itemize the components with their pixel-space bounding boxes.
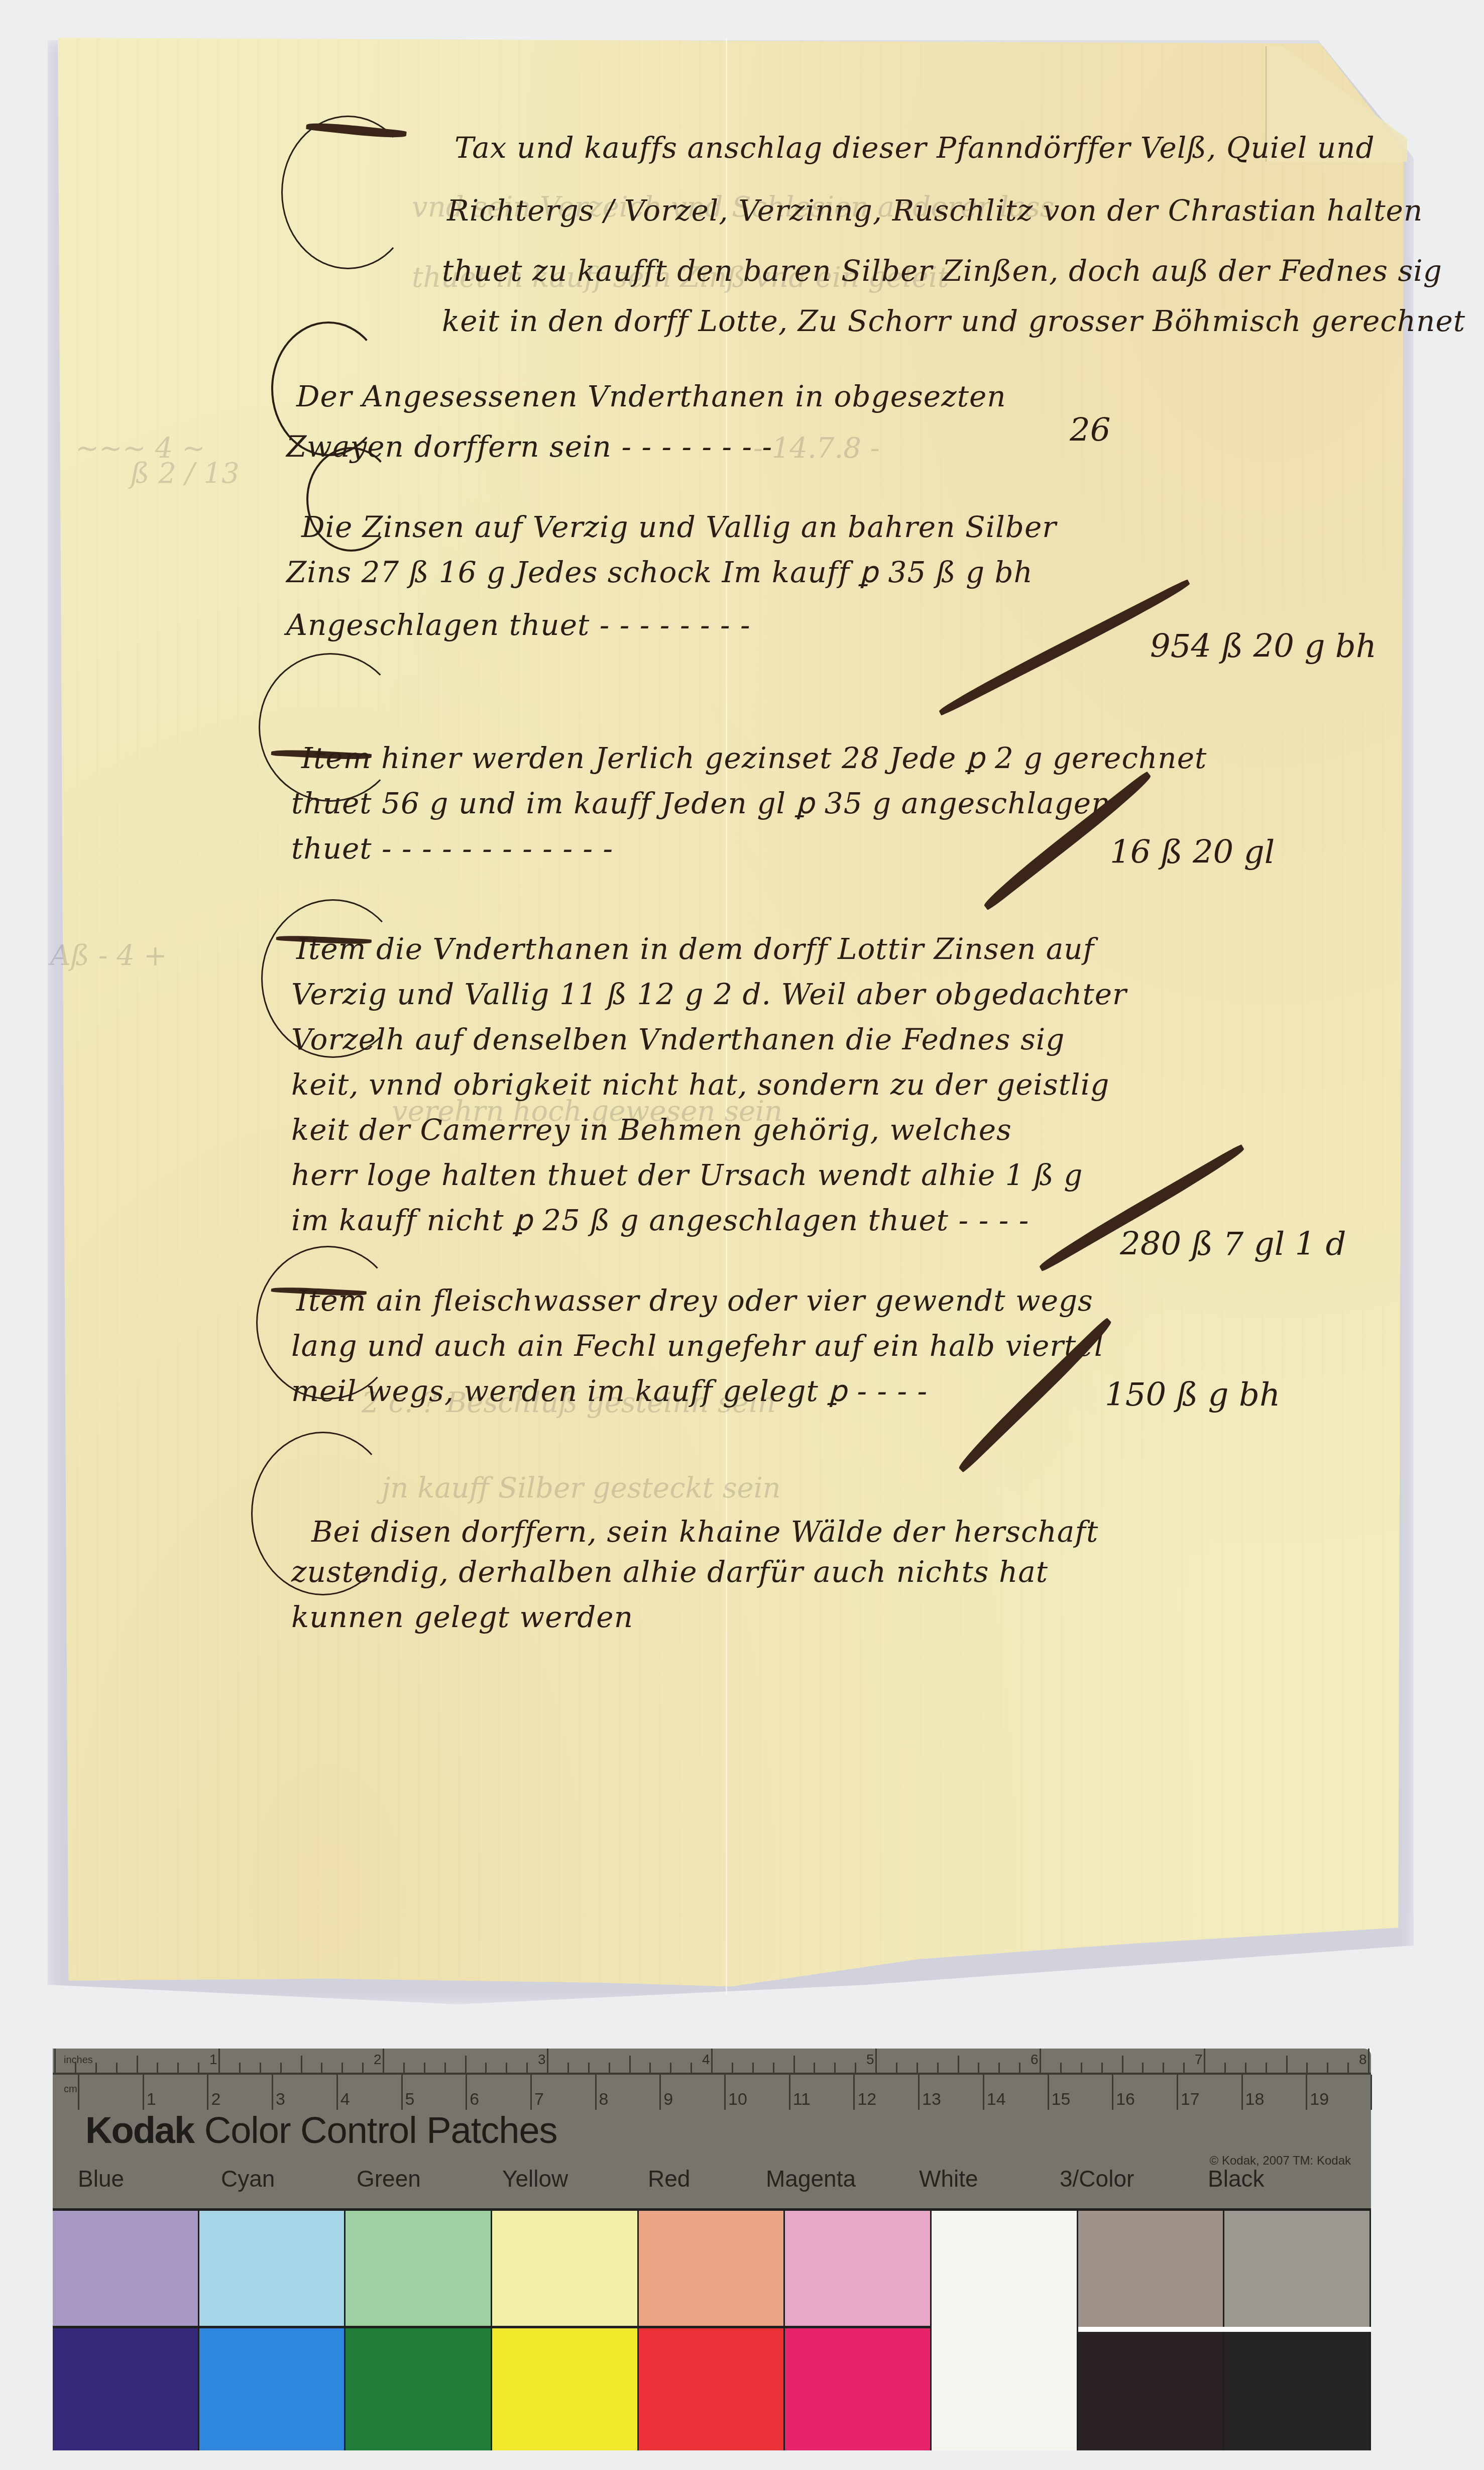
- ruler-tick: [629, 2056, 631, 2073]
- ruler-tick: [1048, 2075, 1049, 2110]
- ruler-cm-number: 11: [793, 2090, 811, 2109]
- header-divider: [53, 2208, 1371, 2211]
- patch-label-3color: 3/Color: [1060, 2165, 1134, 2192]
- ruler-tick: [424, 2063, 425, 2073]
- ruler-tick: [280, 2063, 282, 2073]
- patch-label-black: Black: [1208, 2165, 1264, 2192]
- kodak-logo: Kodak: [85, 2109, 194, 2151]
- patch-black-light: [1224, 2210, 1371, 2327]
- ruler-tick: [239, 2063, 241, 2073]
- initial-flourish-T: [281, 116, 415, 269]
- amount: 26: [1070, 412, 1110, 449]
- ruler-cm-number: 10: [728, 2090, 747, 2109]
- ruler-tick: [362, 2063, 364, 2073]
- ruler-tick: [1368, 2049, 1369, 2073]
- text-line: Item hiner werden Jerlich gezinset 28 Je…: [301, 743, 1207, 773]
- ruler-cm-number: 9: [663, 2090, 673, 2109]
- ruler-inch-number: 4: [702, 2052, 710, 2068]
- ruler-cm-number: 15: [1052, 2090, 1071, 2109]
- patch-white-light: [932, 2210, 1078, 2450]
- ruler-tick: [341, 2063, 343, 2073]
- text-line: Die Zinsen auf Verzig und Vallig an bahr…: [301, 512, 1057, 542]
- text-line: Verzig und Vallig 11 ß 12 g 2 d. Weil ab…: [291, 980, 1127, 1009]
- ruler-cm-number: 14: [987, 2090, 1006, 2109]
- ruler-tick: [95, 2063, 97, 2073]
- ruler-tick: [609, 2063, 610, 2073]
- text-line: Richtergs / Vorzel, Verzinng, Ruschlitz …: [447, 196, 1423, 225]
- text-line: Zins 27 ß 16 g Jedes schock Im kauff ꝑ 3…: [286, 558, 1033, 587]
- patch-label-magenta: Magenta: [766, 2165, 856, 2192]
- ruler-tick: [1327, 2063, 1328, 2073]
- ruler-tick: [918, 2075, 920, 2110]
- text-line: Bei disen dorffern, sein khaine Wälde de…: [311, 1517, 1098, 1546]
- ruler-tick: [1245, 2063, 1246, 2073]
- ruler-tick: [207, 2075, 208, 2110]
- ruler-tick: [1122, 2056, 1123, 2073]
- patch-magenta-light: [785, 2210, 932, 2327]
- ruler-inch-number: 1: [209, 2052, 217, 2068]
- ruler-tick: [444, 2063, 446, 2073]
- amount: 954 ß 20 g bh: [1150, 628, 1377, 665]
- ruler-tick: [137, 2056, 138, 2073]
- ruler-tick: [917, 2063, 918, 2073]
- ruler-cm-number: 19: [1310, 2090, 1329, 2109]
- margin-ghost-note: ß 2 / 13: [131, 457, 240, 490]
- ruler-tick: [875, 2049, 877, 2073]
- ruler-tick: [1142, 2063, 1144, 2073]
- patch-row-divider: [53, 2326, 932, 2328]
- patch-cyan-light: [199, 2210, 346, 2327]
- text-line: herr loge halten thuet der Ursach wendt …: [291, 1160, 1083, 1190]
- patch-label-yellow: Yellow: [502, 2165, 568, 2192]
- ruler-cm-number: 7: [534, 2090, 544, 2109]
- ruler-tick: [595, 2075, 597, 2110]
- ruler-tick: [75, 2063, 76, 2073]
- ruler-cm-number: 17: [1181, 2090, 1200, 2109]
- patch-green-light: [346, 2210, 492, 2327]
- text-line: kunnen gelegt werden: [291, 1602, 633, 1632]
- ruler-tick: [567, 2063, 569, 2073]
- text-line: meil wegs, werden im kauff gelegt ꝑ - - …: [291, 1376, 928, 1406]
- patch-label-red: Red: [648, 2165, 690, 2192]
- ruler-tick: [157, 2063, 158, 2073]
- text-line: Vorzelh auf denselben Vnderthanen die Fe…: [291, 1025, 1065, 1054]
- patch-green-dark: [346, 2327, 492, 2450]
- ruler-tick: [1081, 2063, 1082, 2073]
- bleedthrough-text: jn kauff Silber gesteckt sein: [382, 1472, 781, 1505]
- patch-blue-dark: [53, 2327, 199, 2450]
- text-line: zustendig, derhalben alhie darfür auch n…: [291, 1557, 1048, 1586]
- ruler-tick: [1286, 2056, 1288, 2073]
- ruler-tick: [1306, 2063, 1308, 2073]
- ruler-cm-number: 18: [1245, 2090, 1265, 2109]
- ruler-tick: [336, 2075, 338, 2110]
- ruler-tick: [401, 2075, 403, 2110]
- ruler-inch-number: 5: [866, 2052, 874, 2068]
- ruler-tick: [116, 2063, 118, 2073]
- ruler-tick: [218, 2049, 220, 2073]
- text-line: Der Angesessenen Vnderthanen in obgesezt…: [296, 382, 1006, 411]
- ruler-tick: [1306, 2075, 1307, 2110]
- patch-black-dark: [1224, 2332, 1371, 2450]
- ruler-tick: [670, 2063, 671, 2073]
- ruler-tick: [1101, 2063, 1103, 2073]
- patch-magenta-dark: [785, 2327, 932, 2450]
- ruler-tick: [855, 2063, 856, 2073]
- initial-flourish-I: [259, 653, 402, 802]
- ruler-tick: [547, 2049, 548, 2073]
- ruler-tick: [530, 2075, 532, 2110]
- chart-header: inches cm 123456781234567891011121314151…: [53, 2049, 1371, 2210]
- ruler-tick: [724, 2075, 726, 2110]
- ruler-tick: [143, 2075, 144, 2110]
- ruler-tick: [1266, 2063, 1267, 2073]
- ruler-cm-number: 12: [857, 2090, 876, 2109]
- ruler-tick: [1112, 2075, 1113, 2110]
- patch-3color-light: [1078, 2210, 1225, 2327]
- ruler-tick: [588, 2063, 590, 2073]
- ruler-cm-number: 13: [922, 2090, 941, 2109]
- patch-label-white: White: [919, 2165, 978, 2192]
- patch-blue-light: [53, 2210, 199, 2327]
- ruler-tick: [1371, 2075, 1372, 2110]
- text-line: im kauff nicht ꝑ 25 ß g angeschlagen thu…: [291, 1206, 1029, 1235]
- amount: 280 ß 7 gl 1 d: [1120, 1226, 1346, 1263]
- ruler-tick: [789, 2075, 790, 2110]
- patch-yellow-light: [492, 2210, 639, 2327]
- amount: 150 ß g bh: [1105, 1376, 1280, 1414]
- ruler-cm-number: 16: [1116, 2090, 1135, 2109]
- ruler-tick: [465, 2056, 467, 2073]
- patch-label-green: Green: [357, 2165, 421, 2192]
- ruler-tick: [403, 2063, 405, 2073]
- ruler-cm-number: 8: [599, 2090, 609, 2109]
- patch-red-light: [639, 2210, 785, 2327]
- text-line: keit, vnnd obrigkeit nicht hat, sondern …: [291, 1070, 1109, 1099]
- ruler-tick: [896, 2063, 897, 2073]
- ruler-inch-baseline: [53, 2073, 1371, 2075]
- ruler-tick: [506, 2063, 507, 2073]
- ruler-cm-number: 5: [405, 2090, 415, 2109]
- ruler-tick: [1347, 2063, 1349, 2073]
- ruler-cm-label: cm: [64, 2084, 77, 2095]
- ruler-tick: [814, 2063, 815, 2073]
- ruler-tick: [834, 2063, 836, 2073]
- ruler-inch-number: 7: [1195, 2052, 1203, 2068]
- ruler-tick: [1241, 2075, 1243, 2110]
- ruler-tick: [773, 2063, 774, 2073]
- text-line: Angeschlagen thuet - - - - - - - -: [286, 610, 751, 639]
- patch-3color-dark: [1078, 2332, 1225, 2450]
- ruler-cm-number: 4: [340, 2090, 350, 2109]
- ruler-inch-number: 2: [374, 2052, 382, 2068]
- chart-title-text: Color Control Patches: [204, 2109, 557, 2151]
- patch-red-dark: [639, 2327, 785, 2450]
- ruler-tick: [466, 2075, 467, 2110]
- ruler-tick: [978, 2063, 979, 2073]
- ruler-cm-number: 6: [470, 2090, 479, 2109]
- kodak-color-chart: inches cm 123456781234567891011121314151…: [53, 2049, 1371, 2450]
- patch-label-cyan: Cyan: [221, 2165, 275, 2192]
- ruler-tick: [321, 2063, 322, 2073]
- ruler-tick: [1163, 2063, 1164, 2073]
- patch-label-blue: Blue: [78, 2165, 124, 2192]
- ruler-tick: [1060, 2063, 1062, 2073]
- ruler-cm-number: 2: [211, 2090, 220, 2109]
- ruler-tick: [260, 2063, 261, 2073]
- ruler-tick: [1019, 2063, 1020, 2073]
- ruler-cm-number: 1: [147, 2090, 156, 2109]
- ruler-tick: [198, 2063, 199, 2073]
- chart-title: Kodak Color Control Patches: [85, 2109, 557, 2152]
- ruler-tick: [659, 2075, 661, 2110]
- margin-ghost-note: Aß - 4 +: [50, 939, 167, 972]
- ruler-inch-number: 6: [1031, 2052, 1039, 2068]
- ruler-tick: [485, 2063, 487, 2073]
- text-line: lang und auch ain Fechl ungefehr auf ein…: [291, 1331, 1104, 1360]
- amount: 16 ß 20 gl: [1110, 834, 1275, 871]
- ruler-cm-number: 3: [276, 2090, 285, 2109]
- patch-yellow-dark: [492, 2327, 639, 2450]
- text-line: thuet zu kaufft den baren Silber Zinßen,…: [442, 256, 1442, 285]
- text-line: Item ain fleischwasser drey oder vier ge…: [296, 1286, 1093, 1315]
- ruler-tick: [272, 2075, 273, 2110]
- ruler-tick: [649, 2063, 651, 2073]
- ruler-tick: [983, 2075, 984, 2110]
- text-line: thuet - - - - - - - - - - - -: [291, 834, 613, 863]
- ruler-tick: [177, 2063, 179, 2073]
- ruler-inch-number: 8: [1359, 2052, 1367, 2068]
- ruler-tick: [301, 2056, 302, 2073]
- ruler-tick: [1204, 2049, 1205, 2073]
- ruler-inches-label: inches: [64, 2055, 93, 2066]
- patch-cyan-dark: [199, 2327, 346, 2450]
- ruler-tick: [732, 2063, 733, 2073]
- text-line: Tax und kauffs anschlag dieser Pfanndörf…: [454, 133, 1375, 162]
- ruler-tick: [54, 2049, 56, 2073]
- ruler-tick: [691, 2063, 692, 2073]
- ruler-tick: [1224, 2063, 1226, 2073]
- ruler-tick: [711, 2049, 713, 2073]
- ruler-tick: [853, 2075, 855, 2110]
- ruler-tick: [526, 2063, 528, 2073]
- ruler-tick: [78, 2075, 79, 2110]
- ruler-tick: [937, 2063, 939, 2073]
- ruler-inch-number: 3: [538, 2052, 546, 2068]
- text-line: Zwayen dorffern sein - - - - - - - -: [286, 432, 772, 461]
- ruler-tick: [793, 2056, 795, 2073]
- text-line: Item die Vnderthanen in dem dorff Lottir…: [296, 934, 1094, 963]
- ruler-tick: [1183, 2063, 1185, 2073]
- text-line: thuet 56 g und im kauff Jeden gl ꝑ 35 g …: [291, 789, 1111, 818]
- text-line: keit in den dorff Lotte, Zu Schorr und g…: [442, 306, 1465, 336]
- ruler-tick: [958, 2056, 959, 2073]
- ruler-tick: [1177, 2075, 1178, 2110]
- ruler-tick: [1040, 2049, 1041, 2073]
- ruler-tick: [752, 2063, 754, 2073]
- ruler-tick: [998, 2063, 1000, 2073]
- ruler-tick: [383, 2049, 384, 2073]
- text-line: keit der Camerrey in Behmen gehörig, wel…: [291, 1115, 1012, 1144]
